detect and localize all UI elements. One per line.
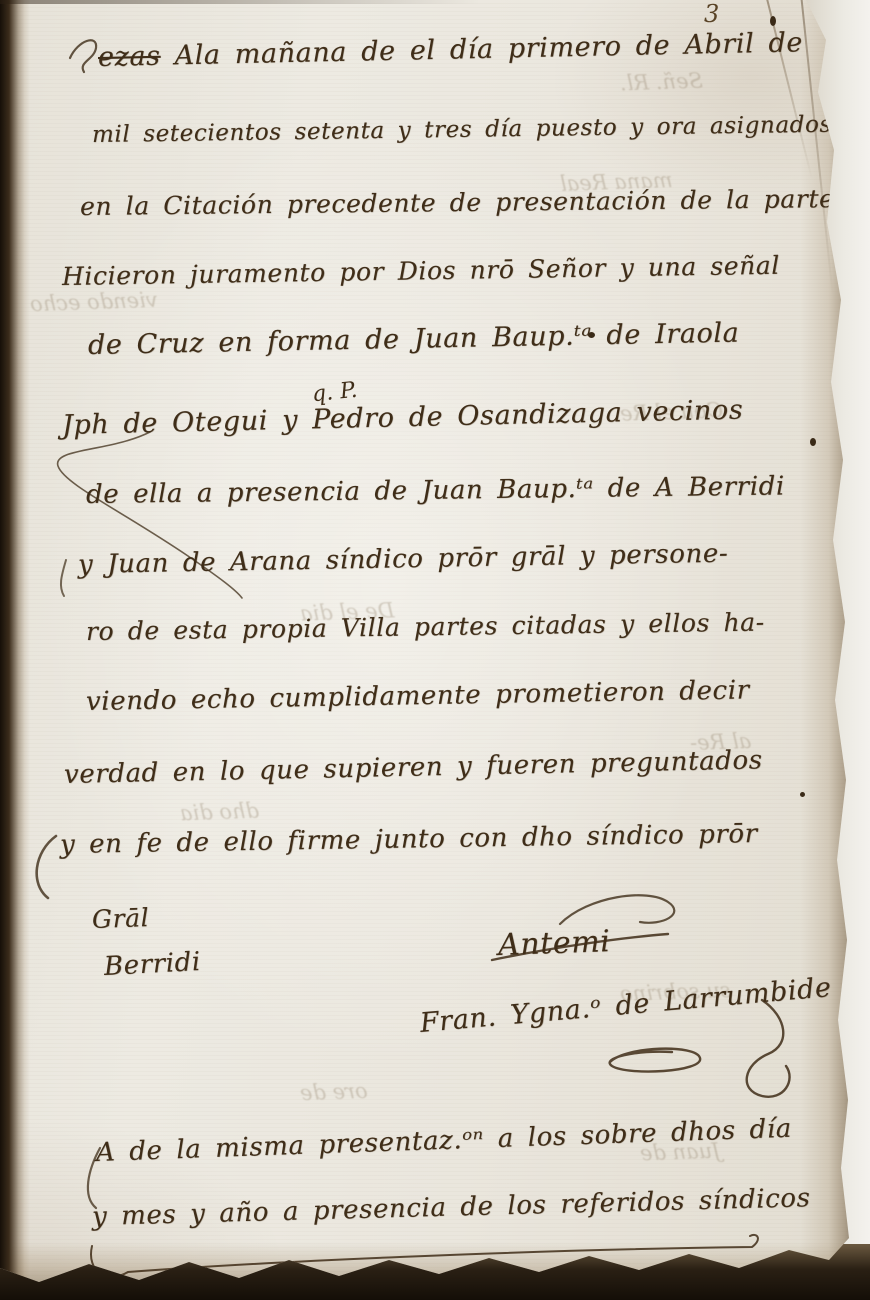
manuscript-line: ro de esta propia Villa partes citadas y… [86, 608, 765, 646]
ghost-text: dho dia [180, 799, 260, 826]
signature-berridi: Berridi [103, 947, 201, 982]
manuscript-line: mil setecientos setenta y tres día puest… [92, 112, 832, 148]
manuscript-line: de ella a presencia de Juan Baup.ᵗᵃ de A… [86, 471, 785, 510]
manuscript-line: viendo echo cumplidamente prometieron de… [86, 675, 750, 717]
signature-gral: Grāl [91, 903, 149, 934]
signature-antemi: Antemi [497, 924, 611, 963]
paper-sheet: Señ. Rl. mana Real viendo echo Con el Re… [0, 0, 852, 1300]
manuscript-line: de Cruz en forma de Juan Baup.ᵗᵃ de Irao… [88, 317, 740, 360]
ink-speck [588, 332, 595, 338]
closing-line: y mes y año a presencia de los referidos… [92, 1183, 811, 1232]
ghost-text: ore de [300, 1079, 368, 1105]
folio-number: 3 [704, 0, 719, 28]
left-curl-flourish [37, 836, 56, 898]
insertion-note: q. P. [311, 378, 359, 408]
manuscript-line: ezasAla mañana de el día primero de Abri… [98, 27, 804, 73]
ink-speck [800, 792, 805, 797]
margin-flourish [70, 40, 96, 72]
binding-edge [0, 0, 30, 1300]
manuscript-line: Hicieron juramento por Dios nrō Señor y … [62, 251, 780, 291]
manuscript-line: y Juan de Arana síndico prōr grāl y pers… [78, 539, 729, 580]
ink-speck [810, 438, 816, 446]
signature-curl [747, 1000, 790, 1097]
manuscript-line: y en fe de ello firme junto con dho sínd… [60, 819, 758, 860]
line-text: Ala mañana de el día primero de Abril de [174, 27, 803, 71]
struck-out-word: ezas [98, 41, 161, 73]
ghost-text: viendo echo [30, 288, 158, 316]
manuscript-page: Señ. Rl. mana Real viendo echo Con el Re… [0, 0, 870, 1300]
manuscript-line: en la Citación precedente de presentació… [80, 184, 835, 221]
manuscript-line: verdad en lo que supieren y fueren pregu… [64, 745, 763, 790]
manuscript-line: Jph de Otegui y Pedro de Osandizaga veci… [62, 395, 744, 441]
antemi-loop [560, 895, 674, 924]
top-edge-shadow [0, 0, 480, 4]
margin-mark [61, 560, 66, 596]
rubric-loop [610, 1049, 701, 1072]
ghost-text: Señ. Rl. [620, 69, 704, 96]
ink-speck [770, 16, 776, 26]
